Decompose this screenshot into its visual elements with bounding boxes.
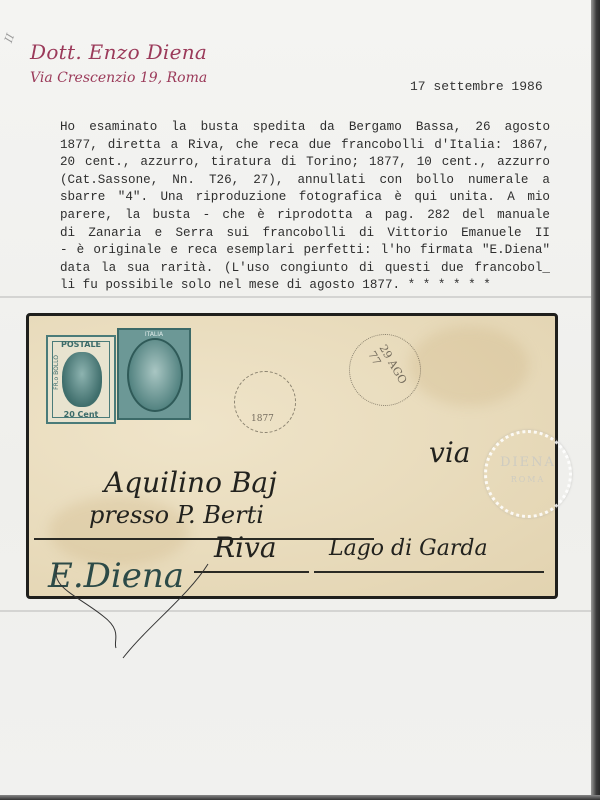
stamp-side-label: FR.o BOLLO xyxy=(53,355,60,390)
certificate-page: II Dott. Enzo Diena Via Crescenzio 19, R… xyxy=(0,0,591,795)
body-line: sbarre "4". Una riproduzione fotografica… xyxy=(60,189,550,207)
signature-flourish xyxy=(38,556,258,666)
body-line: data la sua rarità. (L'uso congiunto di … xyxy=(60,260,550,278)
letterhead: Dott. Enzo Diena Via Crescenzio 19, Roma xyxy=(30,40,207,86)
body-line: di Zanaria e Serra sui francobolli di Vi… xyxy=(60,225,550,243)
stamp-10-cent: ITALIA xyxy=(117,328,191,420)
embossed-seal: DIENA ROMA xyxy=(484,430,572,518)
letterhead-address: Via Crescenzio 19, Roma xyxy=(30,70,207,86)
scan-edge xyxy=(0,795,600,800)
body-line: parere, la busta - che è riprodotta a pa… xyxy=(60,207,550,225)
transit-postmark: 1877 xyxy=(234,371,296,433)
date-postmark: 29 AGO 77 xyxy=(349,334,421,406)
routing-mark: via xyxy=(429,436,470,469)
stamp-value-label: 20 Cent xyxy=(48,410,114,419)
fold-line xyxy=(0,296,591,298)
stamp-20-cent: POSTALE FR.o BOLLO 20 Cent xyxy=(46,335,116,424)
body-line: - è originale e reca esemplari perfetti:… xyxy=(60,242,550,260)
body-line: 1877, diretta a Riva, che reca due franc… xyxy=(60,137,550,155)
body-line: 20 cent., azzurro, tiratura di Torino; 1… xyxy=(60,154,550,172)
address-region: Lago di Garda xyxy=(329,536,488,561)
address-care-of: presso P. Berti xyxy=(89,501,264,529)
body-line: Ho esaminato la busta spedita da Bergamo… xyxy=(60,119,550,137)
stain xyxy=(409,326,529,406)
certificate-date: 17 settembre 1986 xyxy=(410,79,543,94)
scan-edge xyxy=(591,0,600,800)
body-line: (Cat.Sassone, Nn. T26, 27), annullati co… xyxy=(60,172,550,190)
pencil-note: II xyxy=(2,32,17,45)
stamp-top-label: POSTALE xyxy=(48,340,114,349)
body-line: li fu possibile solo nel mese di agosto … xyxy=(60,277,550,295)
address-name: Aquilino Baj xyxy=(104,466,277,499)
letterhead-name: Dott. Enzo Diena xyxy=(30,40,207,64)
king-portrait-icon xyxy=(127,338,183,412)
stamp-top-label: ITALIA xyxy=(119,331,189,338)
king-portrait-icon xyxy=(62,352,102,407)
certificate-body: Ho esaminato la busta spedita da Bergamo… xyxy=(60,119,550,295)
